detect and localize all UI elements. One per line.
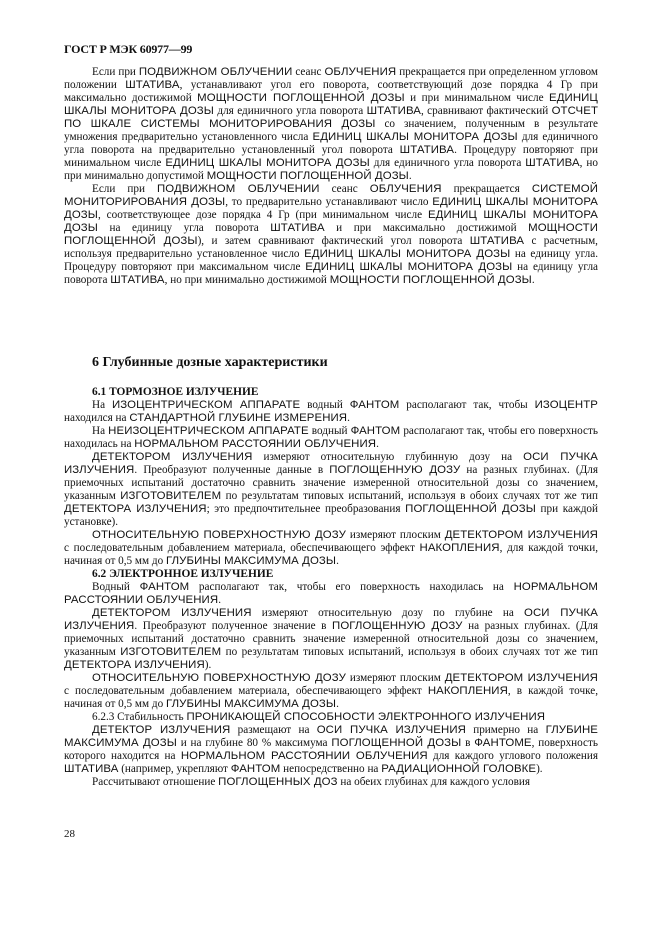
defined-term: ШТАТИВА: [367, 105, 421, 117]
defined-term: ДЕТЕКТОРА ИЗЛУЧЕНИЯ: [64, 503, 207, 515]
paragraph: На НЕИЗОЦЕНТРИЧЕСКОМ АППАРАТЕ водный ФАН…: [64, 425, 598, 451]
section-6-1: 6.1 ТОРМОЗНОЕ ИЗЛУЧЕНИЕ На ИЗОЦЕНТРИЧЕСК…: [64, 386, 598, 789]
text-run: На: [92, 399, 112, 411]
text-run: и при максимально достижимой: [325, 222, 528, 234]
defined-term: ШТАТИВА: [64, 763, 118, 775]
text-run: с последовательным добавлением материала…: [64, 542, 420, 554]
text-run: для единичного угла поворота: [370, 157, 525, 169]
defined-term: ЕДИНИЦ ШКАЛЫ МОНИТОРА ДОЗЫ: [313, 131, 518, 143]
text-run: и на глубине 80 % максимума: [177, 737, 331, 749]
defined-term: СТАНДАРТНОЙ ГЛУБИНЕ ИЗМЕРЕНИЯ: [129, 412, 347, 424]
text-run: располагают так, чтобы: [399, 399, 534, 411]
defined-term: ОТНОСИТЕЛЬНУЮ ПОВЕРХНОСТНУЮ ДОЗУ: [92, 529, 346, 541]
paragraph: Если при ПОДВИЖНОМ ОБЛУЧЕНИИ сеанс ОБЛУЧ…: [64, 183, 598, 287]
text-run: сеанс: [292, 66, 324, 78]
defined-term: НАКОПЛЕНИЯ: [428, 685, 508, 697]
paragraph: ДЕТЕКТОРОМ ИЗЛУЧЕНИЯ измеряют относитель…: [64, 451, 598, 529]
paragraph: ОТНОСИТЕЛЬНУЮ ПОВЕРХНОСТНУЮ ДОЗУ измеряю…: [64, 672, 598, 711]
text-run: для каждого углового положения: [428, 750, 598, 762]
text-run: с последовательным добавлением материала…: [64, 685, 428, 697]
subsection-heading-6-2: 6.2 ЭЛЕКТРОННОЕ ИЗЛУЧЕНИЕ: [64, 568, 598, 581]
defined-term: ПОГЛОЩЕННОЙ ДОЗЫ: [331, 737, 461, 749]
defined-term: МОЩНОСТИ ПОГЛОЩЕННОЙ ДОЗЫ: [207, 170, 409, 182]
text-run: измеряют относительную дозу по глубине н…: [252, 607, 524, 619]
defined-term: НОРМАЛЬНОМ РАССТОЯНИИ ОБЛУЧЕНИЯ: [134, 438, 376, 450]
defined-term: ГЛУБИНЫ МАКСИМУМА ДОЗЫ: [166, 555, 336, 567]
document-header: ГОСТ Р МЭК 60977—99: [64, 42, 192, 57]
defined-term: НЕИЗОЦЕНТРИЧЕСКОМ АППАРАТЕ: [108, 425, 309, 437]
text-run: измеряют относительную глубинную дозу на: [252, 451, 523, 463]
text-run: .: [218, 594, 221, 606]
defined-term: ФАНТОМ: [351, 425, 401, 437]
defined-term: НОРМАЛЬНОМ РАССТОЯНИИ ОБЛУЧЕНИЯ: [181, 750, 428, 762]
text-run: 6.2.3 Стабильность: [92, 711, 186, 723]
defined-term: ГЛУБИНЫ МАКСИМУМА ДОЗЫ: [166, 698, 336, 710]
text-run: непосредственно на: [280, 763, 381, 775]
defined-term: РАДИАЦИОННОЙ ГОЛОВКЕ: [381, 763, 536, 775]
text-run: измеряют плоским: [346, 672, 445, 684]
page-number: 28: [64, 828, 75, 840]
defined-term: ОТНОСИТЕЛЬНУЮ ПОВЕРХНОСТНУЮ ДОЗУ: [92, 672, 346, 684]
text-run: располагают так, чтобы его поверхность н…: [189, 581, 513, 593]
text-run: ; это предпочтительнее преобразования: [207, 503, 406, 515]
text-run: сеанс: [320, 183, 370, 195]
text-run: .: [347, 412, 350, 424]
defined-term: ЕДИНИЦ ШКАЛЫ МОНИТОРА ДОЗЫ: [304, 248, 510, 260]
defined-term: ФАНТОМ: [350, 399, 400, 411]
defined-term: ДЕТЕКТОР ИЗЛУЧЕНИЯ: [92, 724, 230, 736]
defined-term: ДЕТЕКТОРА ИЗЛУЧЕНИЯ: [64, 659, 205, 671]
defined-term: ЕДИНИЦ ШКАЛЫ МОНИТОРА ДОЗЫ: [165, 157, 369, 169]
text-run: . Преобразуют полученные данные в: [134, 464, 329, 476]
text-run: Рассчитывают отношение: [92, 776, 218, 788]
text-run: размещают на: [230, 724, 316, 736]
defined-term: ШТАТИВА: [270, 222, 324, 234]
defined-term: ШТАТИВА: [125, 79, 179, 91]
defined-term: ЕДИНИЦ ШКАЛЫ МОНИТОРА ДОЗЫ: [305, 261, 512, 273]
text-run: ), и затем сравнивают фактический угол п…: [198, 235, 470, 247]
paragraph: Водный ФАНТОМ располагают так, чтобы его…: [64, 581, 598, 607]
paragraph: ДЕТЕКТОРОМ ИЗЛУЧЕНИЯ измеряют относитель…: [64, 607, 598, 672]
subsection-heading-6-1: 6.1 ТОРМОЗНОЕ ИЗЛУЧЕНИЕ: [64, 386, 598, 399]
defined-term: ДЕТЕКТОРОМ ИЗЛУЧЕНИЯ: [92, 607, 252, 619]
text-run: . Преобразуют полученное значение в: [134, 620, 332, 632]
defined-term: ОБЛУЧЕНИЯ: [324, 66, 396, 78]
text-run: водный: [300, 399, 349, 411]
text-run: , то предварительно устанавливают число: [225, 196, 432, 208]
defined-term: МОЩНОСТИ ПОГЛОЩЕННОЙ ДОЗЫ: [197, 92, 405, 104]
text-run: прекращается: [442, 183, 532, 195]
text-run: водный: [309, 425, 351, 437]
text-run: примерно на: [466, 724, 546, 736]
defined-term: ШТАТИВА: [470, 235, 524, 247]
text-run: и при минимальном числе: [405, 92, 549, 104]
defined-term: ДЕТЕКТОРОМ ИЗЛУЧЕНИЯ: [445, 672, 598, 684]
defined-term: ШТАТИВА: [400, 144, 454, 156]
defined-term: ПОГЛОЩЕННОЙ ДОЗЫ: [405, 503, 536, 515]
defined-term: ДЕТЕКТОРОМ ИЗЛУЧЕНИЯ: [92, 451, 252, 463]
defined-term: ШТАТИВА: [525, 157, 579, 169]
text-run: Водный: [92, 581, 140, 593]
text-run: .: [409, 170, 412, 182]
defined-term: ПОДВИЖНОМ ОБЛУЧЕНИИ: [157, 183, 320, 195]
text-run: на единицу угла поворота: [98, 222, 270, 234]
defined-term: ПОГЛОЩЕННУЮ ДОЗУ: [329, 464, 460, 476]
paragraph: ДЕТЕКТОР ИЗЛУЧЕНИЯ размещают на ОСИ ПУЧК…: [64, 724, 598, 776]
defined-term: ПРОНИКАЮЩЕЙ СПОСОБНОСТИ ЭЛЕКТРОННОГО ИЗЛ…: [186, 711, 545, 723]
text-run: по результатам типовых испытаний, исполь…: [221, 490, 598, 502]
defined-term: ШТАТИВА: [110, 274, 164, 286]
paragraph: Рассчитывают отношение ПОГЛОЩЕННЫХ ДОЗ н…: [64, 776, 598, 789]
text-run: , соответствующее дозе порядка 4 Гр (при…: [98, 209, 428, 221]
text-run: в: [461, 737, 474, 749]
defined-term: ИЗГОТОВИТЕЛЕМ: [120, 490, 221, 502]
defined-term: ФАНТОМ: [231, 763, 281, 775]
text-run: Если при: [92, 66, 139, 78]
paragraph: На ИЗОЦЕНТРИЧЕСКОМ АППАРАТЕ водный ФАНТО…: [64, 399, 598, 425]
defined-term: ОБЛУЧЕНИЯ: [370, 183, 442, 195]
subsection-heading-6-2-3: 6.2.3 Стабильность ПРОНИКАЮЩЕЙ СПОСОБНОС…: [64, 711, 598, 724]
defined-term: ИЗОЦЕНТРИЧЕСКОМ АППАРАТЕ: [112, 399, 300, 411]
text-run: .: [532, 274, 535, 286]
text-run: ).: [205, 659, 212, 671]
intro-block: Если при ПОДВИЖНОМ ОБЛУЧЕНИИ сеанс ОБЛУЧ…: [64, 66, 598, 287]
text-run: измеряют плоским: [346, 529, 445, 541]
defined-term: ИЗГОТОВИТЕЛЕМ: [120, 646, 221, 658]
defined-term: ПОДВИЖНОМ ОБЛУЧЕНИИ: [139, 66, 292, 78]
text-run: для единичного угла поворота: [214, 105, 367, 117]
text-run: .: [336, 555, 339, 567]
defined-term: ФАНТОМ: [140, 581, 190, 593]
text-run: по результатам типовых испытаний, исполь…: [221, 646, 598, 658]
text-run: , но при минимально достижимой: [165, 274, 330, 286]
text-run: (например, укрепляют: [118, 763, 230, 775]
text-run: На: [92, 425, 108, 437]
text-run: Если при: [92, 183, 157, 195]
text-run: .: [336, 698, 339, 710]
defined-term: ДЕТЕКТОРОМ ИЗЛУЧЕНИЯ: [445, 529, 598, 541]
defined-term: ИЗОЦЕНТР: [535, 399, 598, 411]
paragraph: ОТНОСИТЕЛЬНУЮ ПОВЕРХНОСТНУЮ ДОЗУ измеряю…: [64, 529, 598, 568]
defined-term: ОСИ ПУЧКА ИЗЛУЧЕНИЯ: [317, 724, 466, 736]
defined-term: ПОГЛОЩЕННЫХ ДОЗ: [218, 776, 337, 788]
defined-term: МОЩНОСТИ ПОГЛОЩЕННОЙ ДОЗЫ: [330, 274, 532, 286]
text-run: .: [376, 438, 379, 450]
section-heading-6: 6 Глубинные дозные характеристики: [92, 355, 328, 371]
defined-term: НАКОПЛЕНИЯ: [420, 542, 500, 554]
text-run: на обеих глубинах для каждого условия: [338, 776, 530, 788]
defined-term: ПОГЛОЩЕННУЮ ДОЗУ: [332, 620, 462, 632]
text-run: ).: [536, 763, 543, 775]
text-run: , сравнивают фактический: [421, 105, 552, 117]
defined-term: ФАНТОМЕ: [474, 737, 531, 749]
text-run: находился на: [64, 412, 129, 424]
paragraph: Если при ПОДВИЖНОМ ОБЛУЧЕНИИ сеанс ОБЛУЧ…: [64, 66, 598, 183]
